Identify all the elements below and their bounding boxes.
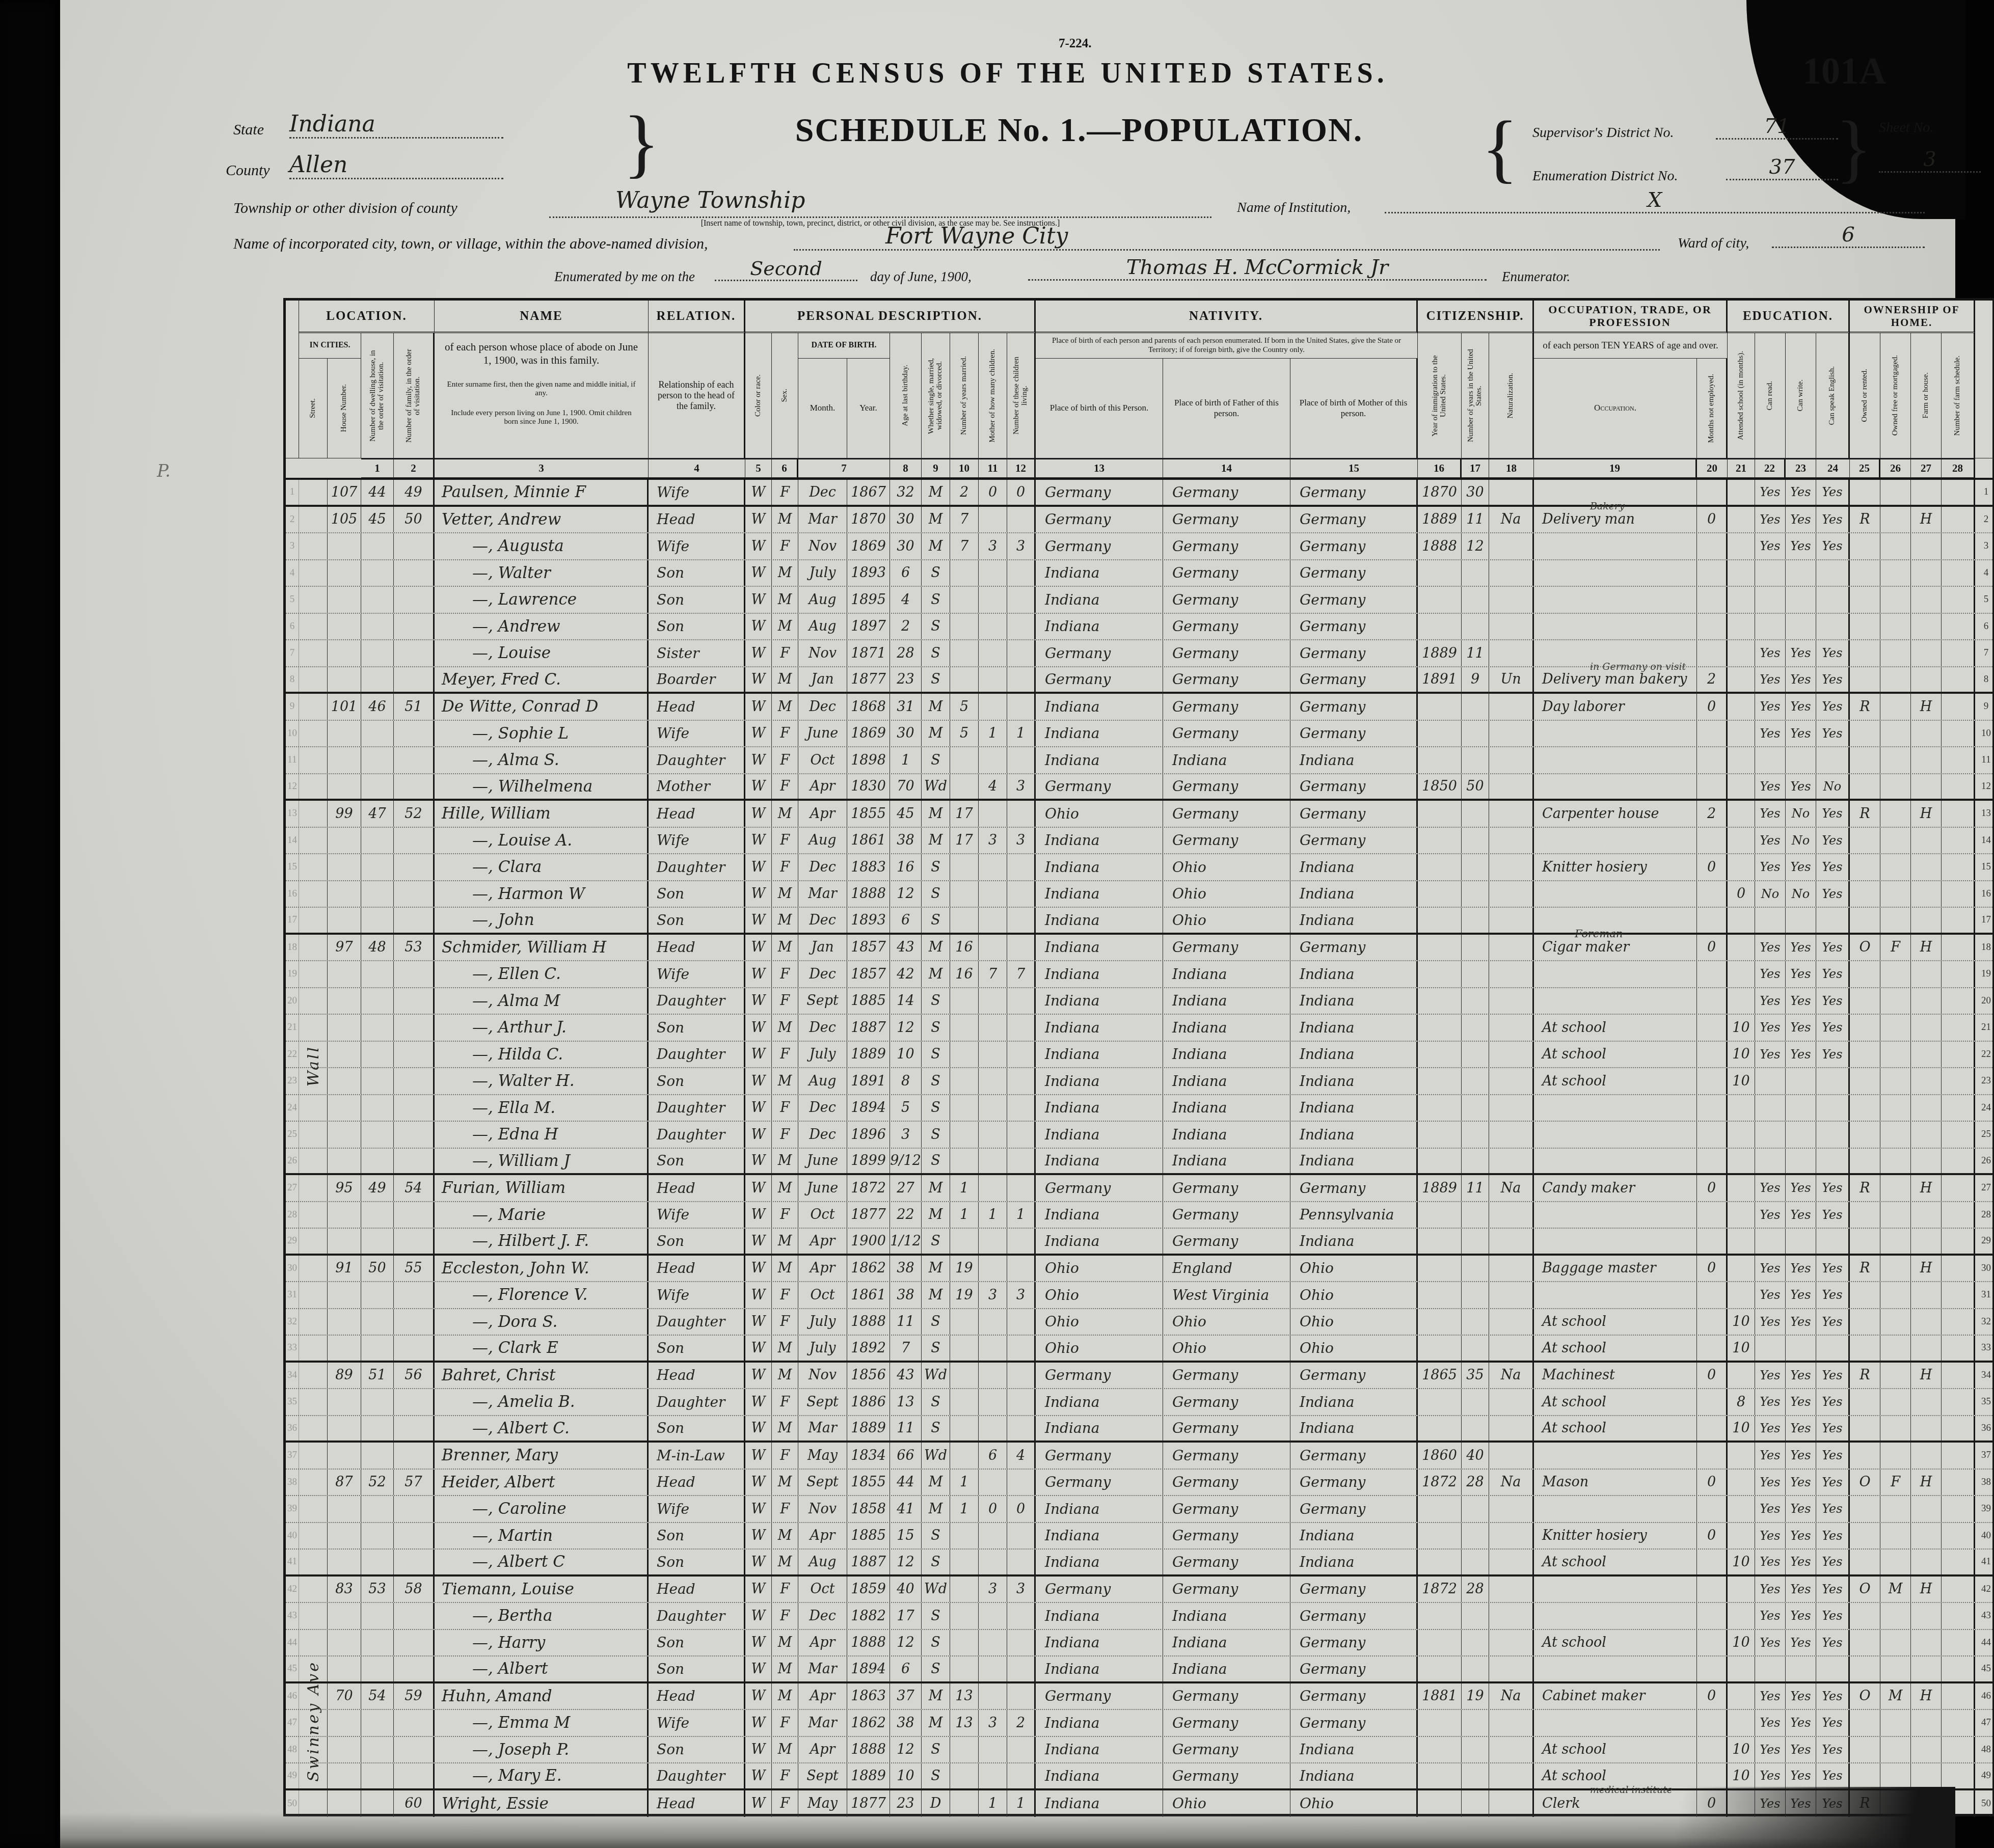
cell-house-number — [328, 1202, 361, 1228]
row-number-right: 29 — [1975, 1229, 1994, 1254]
cell-can-write: No — [1786, 801, 1816, 827]
cell-years-in-us: 11 — [1462, 640, 1489, 666]
row-number-right: 5 — [1975, 587, 1994, 613]
cell-years-married: 1 — [950, 1202, 979, 1228]
cell-months-unemployed — [1697, 1015, 1728, 1041]
column-number: 9 — [922, 458, 950, 478]
cell-mother-of — [979, 1683, 1007, 1709]
cell-free-mortgaged — [1880, 1416, 1911, 1441]
cell-can-write — [1786, 1149, 1816, 1174]
cell-age: 44 — [890, 1470, 922, 1496]
cell-farm-schedule — [1942, 1149, 1975, 1174]
census-scan-page: 7-224. TWELFTH CENSUS OF THE UNITED STAT… — [0, 0, 1994, 1848]
cell-children-living — [1007, 1309, 1036, 1335]
cell-age: 13 — [890, 1389, 922, 1415]
col-marital-label: Whether single, married, widowed, or div… — [922, 333, 950, 458]
cell-age: 12 — [890, 1015, 922, 1041]
table-row: 1 107 44 49 Paulsen, Minnie F Wife W F D… — [286, 480, 1992, 507]
cell-naturalization — [1489, 1603, 1534, 1629]
cell-birth-month: Apr — [798, 1523, 847, 1549]
cell-birth-month: Dec — [798, 854, 847, 880]
cell-can-english: Yes — [1816, 1282, 1850, 1308]
cell-birthplace-person: Indiana — [1036, 1389, 1163, 1415]
cell-name: —, Dora S. — [435, 1309, 649, 1335]
cell-birthplace-person: Indiana — [1036, 881, 1163, 907]
cell-years-in-us — [1462, 1603, 1489, 1629]
cell-birth-month: Dec — [798, 908, 847, 933]
cell-can-english: Yes — [1816, 721, 1850, 747]
cell-children-living — [1007, 854, 1036, 880]
cell-months-unemployed — [1697, 961, 1728, 987]
cell-can-read: Yes — [1755, 1256, 1786, 1282]
cell-house-number — [328, 828, 361, 854]
row-number-left: 34 — [286, 1363, 299, 1389]
cell-name: —, Bertha — [435, 1603, 649, 1629]
cell-mother-of — [979, 614, 1007, 640]
cell-immigration-year — [1418, 587, 1462, 613]
cell-family-number — [394, 1202, 435, 1228]
cell-months-unemployed — [1697, 1416, 1728, 1441]
cell-years-married — [950, 1229, 979, 1254]
row-number-right: 17 — [1975, 908, 1994, 933]
cell-years-in-us: 30 — [1462, 480, 1489, 505]
row-number-left: 46 — [286, 1683, 299, 1709]
cell-occupation — [1534, 1656, 1697, 1681]
cell-name: —, Hilbert J. F. — [435, 1229, 649, 1254]
cell-birthplace-person: Ohio — [1036, 1336, 1163, 1361]
cell-can-write: Yes — [1786, 1443, 1816, 1469]
cell-mother-of: 0 — [979, 480, 1007, 505]
cell-color: W — [745, 881, 772, 907]
in-cities-label: IN CITIES. — [299, 333, 361, 359]
cell-birthplace-father: Germany — [1163, 721, 1290, 747]
cell-farm-house — [1911, 988, 1942, 1014]
column-number: 7 — [798, 458, 890, 478]
cell-age: 1 — [890, 747, 922, 773]
cell-owned-rented — [1850, 1042, 1880, 1068]
cell-occupation: At school — [1534, 1737, 1697, 1763]
cell-months-unemployed — [1697, 1603, 1728, 1629]
cell-immigration-year — [1418, 747, 1462, 773]
cell-months-unemployed — [1697, 1229, 1728, 1254]
cell-birthplace-father: Germany — [1163, 1416, 1290, 1441]
enumerator-name: Thomas H. McCormick Jr — [1028, 256, 1487, 281]
table-row: 14 —, Louise A. Wife W F Aug 1861 38 M 1… — [286, 828, 1992, 855]
table-row: 6 —, Andrew Son W M Aug 1897 2 S Indiana… — [286, 614, 1992, 641]
cell-can-read — [1755, 1068, 1786, 1094]
cell-immigration-year — [1418, 1282, 1462, 1308]
cell-farm-house — [1911, 854, 1942, 880]
cell-farm-house — [1911, 828, 1942, 854]
cell-months-unemployed — [1697, 1443, 1728, 1469]
cell-children-living — [1007, 935, 1036, 961]
cell-can-read: Yes — [1755, 1443, 1786, 1469]
cell-birth-year: 1888 — [847, 1737, 890, 1763]
cell-farm-schedule — [1942, 1175, 1975, 1201]
cell-attended-school: 8 — [1728, 1389, 1755, 1415]
cell-can-english: Yes — [1816, 1496, 1850, 1522]
cell-immigration-year — [1418, 828, 1462, 854]
row-number-left: 18 — [286, 935, 299, 961]
cell-color: W — [745, 854, 772, 880]
name-column-desc: of each person whose place of abode on J… — [435, 333, 649, 458]
cell-free-mortgaged — [1880, 640, 1911, 666]
table-row: 23 —, Walter H. Son W M Aug 1891 8 S Ind… — [286, 1068, 1992, 1095]
cell-can-english — [1816, 908, 1850, 933]
cell-birth-year: 1834 — [847, 1443, 890, 1469]
cell-name: —, Caroline — [435, 1496, 649, 1522]
cell-occupation: Day laborer — [1534, 694, 1697, 720]
cell-naturalization: Na — [1489, 1175, 1534, 1201]
cell-free-mortgaged — [1880, 721, 1911, 747]
cell-naturalization — [1489, 721, 1534, 747]
cell-house-number — [328, 721, 361, 747]
cell-free-mortgaged — [1880, 1710, 1911, 1736]
cell-naturalization — [1489, 1737, 1534, 1763]
cell-free-mortgaged — [1880, 1550, 1911, 1574]
cell-birthplace-mother: Ohio — [1290, 1256, 1418, 1282]
cell-children-living — [1007, 1416, 1036, 1441]
cell-occupation — [1534, 1603, 1697, 1629]
cell-immigration-year — [1418, 721, 1462, 747]
cell-can-read: Yes — [1755, 1630, 1786, 1656]
cell-birth-year: 1887 — [847, 1015, 890, 1041]
cell-birthplace-person: Germany — [1036, 1470, 1163, 1496]
cell-birth-month: Nov — [798, 533, 847, 559]
cell-years-married — [950, 1336, 979, 1361]
cell-sex: M — [772, 667, 798, 692]
cell-relation: Boarder — [649, 667, 745, 692]
cell-farm-schedule — [1942, 1656, 1975, 1681]
row-number-right: 19 — [1975, 961, 1994, 987]
cell-can-english: Yes — [1816, 1550, 1850, 1574]
row-number-right: 36 — [1975, 1416, 1994, 1441]
cell-farm-house — [1911, 667, 1942, 692]
cell-owned-rented: R — [1850, 1363, 1880, 1389]
cell-marital-status: S — [922, 1389, 950, 1415]
column-number: 15 — [1290, 458, 1418, 478]
cell-naturalization — [1489, 1095, 1534, 1121]
cell-color: W — [745, 828, 772, 854]
cell-immigration-year: 1865 — [1418, 1363, 1462, 1389]
cell-owned-rented — [1850, 1389, 1880, 1415]
cell-years-in-us: 11 — [1462, 507, 1489, 533]
cell-house-number: 83 — [328, 1577, 361, 1602]
cell-birthplace-mother: Germany — [1290, 935, 1418, 961]
cell-free-mortgaged — [1880, 1122, 1911, 1148]
cell-occupation — [1534, 1149, 1697, 1174]
cell-color: W — [745, 747, 772, 773]
cell-farm-house: H — [1911, 1470, 1942, 1496]
cell-attended-school — [1728, 533, 1755, 559]
cell-farm-schedule — [1942, 1095, 1975, 1121]
cell-family-number — [394, 1309, 435, 1335]
cell-children-living: 0 — [1007, 1496, 1036, 1522]
table-row: 33 —, Clark E Son W M July 1892 7 S Ohio… — [286, 1336, 1992, 1363]
cell-can-english — [1816, 1336, 1850, 1361]
cell-naturalization: Na — [1489, 1470, 1534, 1496]
cell-marital-status: M — [922, 507, 950, 533]
cell-can-read: Yes — [1755, 640, 1786, 666]
cell-house-number — [328, 1068, 361, 1094]
cell-attended-school — [1728, 667, 1755, 692]
cell-name: —, Ella M. — [435, 1095, 649, 1121]
cell-farm-schedule — [1942, 1737, 1975, 1763]
cell-age: 37 — [890, 1683, 922, 1709]
cell-birth-month: Mar — [798, 881, 847, 907]
row-number-right: 39 — [1975, 1496, 1994, 1522]
row-number-right: 8 — [1975, 667, 1994, 692]
cell-family-number — [394, 747, 435, 773]
cell-children-living: 3 — [1007, 774, 1036, 799]
cell-occupation — [1534, 587, 1697, 613]
cell-naturalization — [1489, 640, 1534, 666]
cell-birthplace-person: Germany — [1036, 774, 1163, 799]
cell-dwelling-number: 52 — [361, 1470, 394, 1496]
cell-can-english: Yes — [1816, 1256, 1850, 1282]
cell-family-number: 57 — [394, 1470, 435, 1496]
cell-relation: Head — [649, 801, 745, 827]
cell-house-number: 99 — [328, 801, 361, 827]
cell-dwelling-number — [361, 1202, 394, 1228]
cell-owned-rented — [1850, 1737, 1880, 1763]
cell-name: —, Andrew — [435, 614, 649, 640]
cell-birthplace-father: Germany — [1163, 1683, 1290, 1709]
cell-birthplace-father: Indiana — [1163, 747, 1290, 773]
cell-attended-school — [1728, 1363, 1755, 1389]
cell-sex: M — [772, 1737, 798, 1763]
cell-can-english: Yes — [1816, 1042, 1850, 1068]
cell-can-read — [1755, 1149, 1786, 1174]
township-label: Township or other division of county — [233, 200, 457, 217]
cell-years-married — [950, 774, 979, 799]
cell-farm-schedule — [1942, 1416, 1975, 1441]
cell-age: 43 — [890, 935, 922, 961]
cell-free-mortgaged — [1880, 961, 1911, 987]
cell-farm-house — [1911, 1042, 1942, 1068]
cell-mother-of — [979, 1603, 1007, 1629]
cell-birth-year: 1889 — [847, 1416, 890, 1441]
cell-birthplace-person: Indiana — [1036, 614, 1163, 640]
cell-dwelling-number — [361, 1068, 394, 1094]
cell-birthplace-person: Germany — [1036, 1443, 1163, 1469]
cell-owned-rented — [1850, 587, 1880, 613]
cell-immigration-year: 1889 — [1418, 640, 1462, 666]
row-number-left: 14 — [286, 828, 299, 854]
cell-immigration-year: 1889 — [1418, 1175, 1462, 1201]
cell-birthplace-mother: Indiana — [1290, 1068, 1418, 1094]
cell-marital-status: M — [922, 1710, 950, 1736]
cell-can-write: Yes — [1786, 1015, 1816, 1041]
cell-color: W — [745, 507, 772, 533]
table-row: 25 —, Edna H Daughter W F Dec 1896 3 S I… — [286, 1122, 1992, 1149]
col-pob-person-label: Place of birth of this Person. — [1036, 359, 1163, 458]
cell-color: W — [745, 1229, 772, 1254]
cell-can-write: Yes — [1786, 507, 1816, 533]
cell-house-number — [328, 1042, 361, 1068]
cell-birth-month: Sept — [798, 1763, 847, 1788]
cell-birthplace-mother: Indiana — [1290, 908, 1418, 933]
group-relation: RELATION. — [649, 301, 745, 333]
cell-occupation — [1534, 614, 1697, 640]
cell-immigration-year — [1418, 1336, 1462, 1361]
row-number-left: 6 — [286, 614, 299, 640]
cell-farm-schedule — [1942, 988, 1975, 1014]
table-row: 17 —, John Son W M Dec 1893 6 S Indiana … — [286, 908, 1992, 935]
table-row: 29 —, Hilbert J. F. Son W M Apr 1900 1/1… — [286, 1229, 1992, 1256]
cell-can-read: Yes — [1755, 1389, 1786, 1415]
cell-family-number — [394, 774, 435, 799]
cell-street — [299, 1175, 328, 1201]
cell-immigration-year — [1418, 961, 1462, 987]
row-number-right: 15 — [1975, 854, 1994, 880]
cell-farm-house: H — [1911, 801, 1942, 827]
cell-color: W — [745, 1015, 772, 1041]
cell-birthplace-person: Indiana — [1036, 1656, 1163, 1681]
cell-name: —, Edna H — [435, 1122, 649, 1148]
cell-attended-school — [1728, 640, 1755, 666]
cell-street — [299, 1363, 328, 1389]
cell-children-living — [1007, 988, 1036, 1014]
cell-naturalization — [1489, 961, 1534, 987]
cell-years-in-us: 35 — [1462, 1363, 1489, 1389]
cell-sex: M — [772, 1256, 798, 1282]
cell-family-number — [394, 1095, 435, 1121]
cell-family-number: 56 — [394, 1363, 435, 1389]
cell-sex: F — [772, 1710, 798, 1736]
cell-birth-year: 1869 — [847, 533, 890, 559]
cell-can-write: No — [1786, 881, 1816, 907]
cell-birth-month: Jan — [798, 935, 847, 961]
cell-can-write: Yes — [1786, 1363, 1816, 1389]
cell-birthplace-mother: Germany — [1290, 694, 1418, 720]
cell-house-number — [328, 1603, 361, 1629]
cell-can-write: Yes — [1786, 1389, 1816, 1415]
row-number-right: 13 — [1975, 801, 1994, 827]
cell-can-write: Yes — [1786, 721, 1816, 747]
table-row: 47 —, Emma M Wife W F Mar 1862 38 M 13 3… — [286, 1710, 1992, 1737]
cell-years-married — [950, 1763, 979, 1788]
row-number-left: 16 — [286, 881, 299, 907]
cell-color: W — [745, 1363, 772, 1389]
cell-birthplace-father: Ohio — [1163, 854, 1290, 880]
cell-house-number: 70 — [328, 1683, 361, 1709]
cell-relation: Son — [649, 587, 745, 613]
cell-relation: Son — [649, 560, 745, 586]
cell-house-number — [328, 1309, 361, 1335]
cell-owned-rented — [1850, 721, 1880, 747]
cell-can-write: Yes — [1786, 640, 1816, 666]
cell-free-mortgaged — [1880, 1523, 1911, 1549]
cell-color: W — [745, 801, 772, 827]
cell-birth-year: 1882 — [847, 1603, 890, 1629]
cell-farm-house — [1911, 533, 1942, 559]
cell-years-married — [950, 908, 979, 933]
cell-birth-year: 1859 — [847, 1577, 890, 1602]
group-ownership: OWNERSHIP OF HOME. — [1850, 301, 1975, 333]
cell-dwelling-number — [361, 1630, 394, 1656]
cell-months-unemployed: 2 — [1697, 801, 1728, 827]
cell-children-living — [1007, 640, 1036, 666]
cell-naturalization — [1489, 587, 1534, 613]
cell-children-living — [1007, 1042, 1036, 1068]
cell-color: W — [745, 1470, 772, 1496]
cell-attended-school — [1728, 1656, 1755, 1681]
cell-name: —, Martin — [435, 1523, 649, 1549]
cell-owned-rented — [1850, 1068, 1880, 1094]
cell-age: 22 — [890, 1202, 922, 1228]
table-row: 24 —, Ella M. Daughter W F Dec 1894 5 S … — [286, 1095, 1992, 1122]
cell-farm-house — [1911, 1336, 1942, 1361]
cell-birthplace-mother: Indiana — [1290, 1389, 1418, 1415]
cell-children-living — [1007, 694, 1036, 720]
cell-naturalization — [1489, 1309, 1534, 1335]
cell-sex: F — [772, 1202, 798, 1228]
cell-name: —, Lawrence — [435, 587, 649, 613]
cell-street — [299, 828, 328, 854]
cell-farm-schedule — [1942, 587, 1975, 613]
row-number-left: 15 — [286, 854, 299, 880]
cell-birthplace-mother: Indiana — [1290, 988, 1418, 1014]
cell-free-mortgaged — [1880, 988, 1911, 1014]
cell-birthplace-mother: Germany — [1290, 1470, 1418, 1496]
cell-name: —, Alma S. — [435, 747, 649, 773]
cell-months-unemployed — [1697, 721, 1728, 747]
cell-age: 30 — [890, 721, 922, 747]
cell-owned-rented: O — [1850, 1577, 1880, 1602]
cell-can-english: Yes — [1816, 533, 1850, 559]
cell-children-living — [1007, 1630, 1036, 1656]
cell-years-married — [950, 1630, 979, 1656]
cell-occupation — [1534, 774, 1697, 799]
cell-age: 43 — [890, 1363, 922, 1389]
cell-birthplace-father: Indiana — [1163, 1042, 1290, 1068]
cell-mother-of — [979, 507, 1007, 533]
cell-family-number — [394, 1603, 435, 1629]
cell-mother-of — [979, 1336, 1007, 1361]
table-row: 11 —, Alma S. Daughter W F Oct 1898 1 S … — [286, 747, 1992, 774]
column-number: 27 — [1911, 458, 1942, 478]
cell-birthplace-person: Indiana — [1036, 1042, 1163, 1068]
row-number-left: 36 — [286, 1416, 299, 1441]
cell-can-english: Yes — [1816, 961, 1850, 987]
col-family-label: Number of family, in the order of visita… — [394, 333, 435, 458]
cell-can-read: Yes — [1755, 1470, 1786, 1496]
cell-months-unemployed — [1697, 560, 1728, 586]
cell-can-write: Yes — [1786, 854, 1816, 880]
cell-color: W — [745, 1416, 772, 1441]
cell-attended-school — [1728, 1149, 1755, 1174]
cell-years-in-us — [1462, 1496, 1489, 1522]
cell-can-read: Yes — [1755, 507, 1786, 533]
cell-immigration-year — [1418, 1309, 1462, 1335]
row-number-left: 37 — [286, 1443, 299, 1469]
col-can-english-label: Can speak English. — [1816, 333, 1850, 458]
cell-birth-year: 1861 — [847, 1282, 890, 1308]
cell-farm-schedule — [1942, 1763, 1975, 1788]
cell-name: —, Walter H. — [435, 1068, 649, 1094]
cell-can-write — [1786, 908, 1816, 933]
cell-attended-school — [1728, 614, 1755, 640]
cell-street — [299, 721, 328, 747]
cell-age: 45 — [890, 801, 922, 827]
cell-owned-rented — [1850, 881, 1880, 907]
cell-children-living — [1007, 1068, 1036, 1094]
cell-immigration-year — [1418, 1202, 1462, 1228]
cell-birthplace-mother: Germany — [1290, 1710, 1418, 1736]
cell-birthplace-mother: Indiana — [1290, 1042, 1418, 1068]
cell-birthplace-person: Indiana — [1036, 694, 1163, 720]
